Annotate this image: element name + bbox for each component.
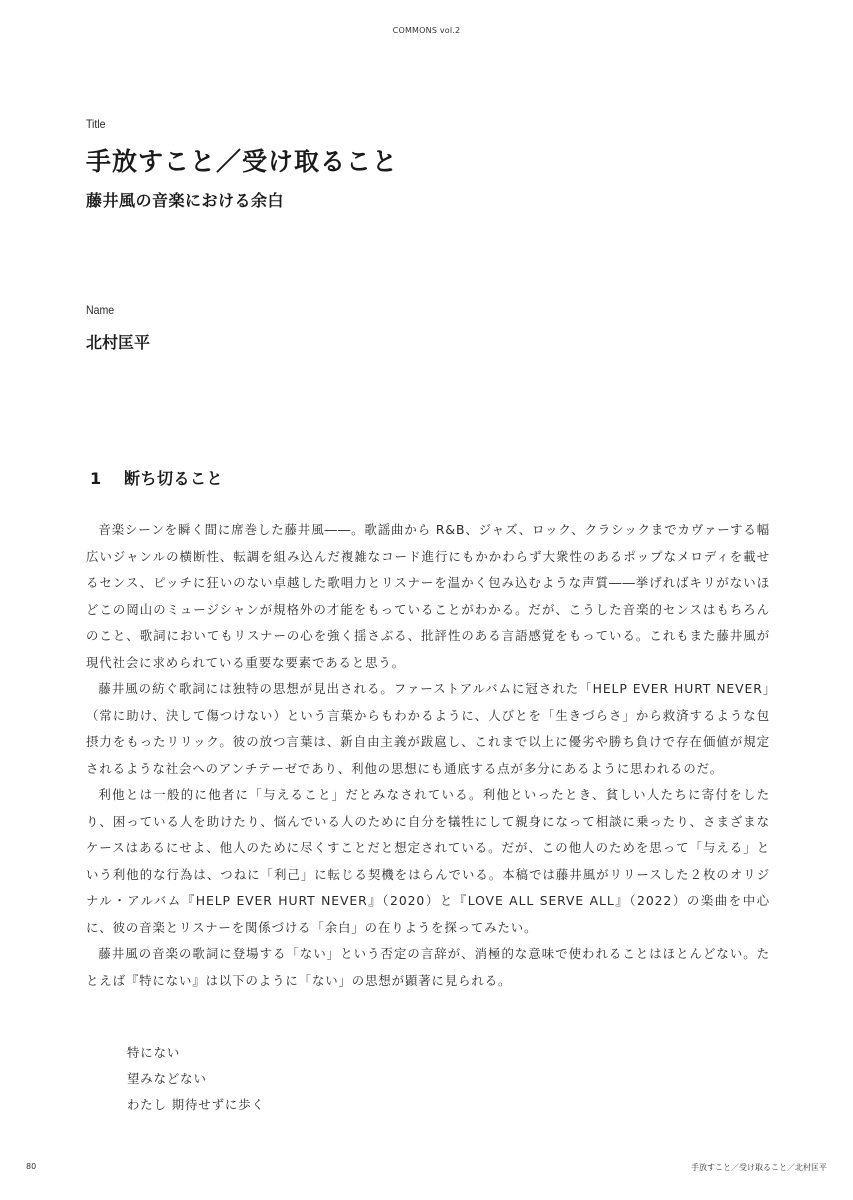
paragraph: 藤井風の音楽の歌詞に登場する「ない」という否定の言辞が、消極的な意味で使われるこ…: [86, 941, 770, 994]
lyric-line: 特にない: [127, 1040, 265, 1066]
author-name: 北村匡平: [86, 330, 150, 353]
section-number: 1: [90, 469, 124, 488]
paragraph: 音楽シーンを瞬く間に席巻した藤井風――。歌謡曲から R&B、ジャズ、ロック、クラ…: [86, 517, 770, 676]
running-head: COMMONS vol.2: [0, 26, 853, 35]
name-label: Name: [86, 303, 114, 317]
paragraph: 利他とは一般的に他者に「与えること」だとみなされている。利他といったとき、貧しい…: [86, 782, 770, 941]
title-label: Title: [86, 117, 106, 131]
article-body: 音楽シーンを瞬く間に席巻した藤井風――。歌謡曲から R&B、ジャズ、ロック、クラ…: [86, 517, 770, 994]
article-subtitle: 藤井風の音楽における余白: [86, 188, 284, 211]
lyric-line: 望みなどない: [127, 1066, 265, 1092]
paragraph: 藤井風の紡ぐ歌詞には独特の思想が見出される。ファーストアルバムに冠された「HEL…: [86, 676, 770, 782]
lyric-line: わたし 期待せずに歩く: [127, 1092, 265, 1118]
running-foot: 手放すこと／受け取ること／北村匡平: [691, 1162, 827, 1173]
section-title: 断ち切ること: [124, 469, 223, 488]
page-number: 80: [26, 1162, 36, 1171]
article-title: 手放すこと／受け取ること: [86, 142, 398, 178]
lyric-quote: 特にない 望みなどない わたし 期待せずに歩く: [127, 1040, 265, 1118]
section-heading: 1断ち切ること: [90, 466, 223, 489]
